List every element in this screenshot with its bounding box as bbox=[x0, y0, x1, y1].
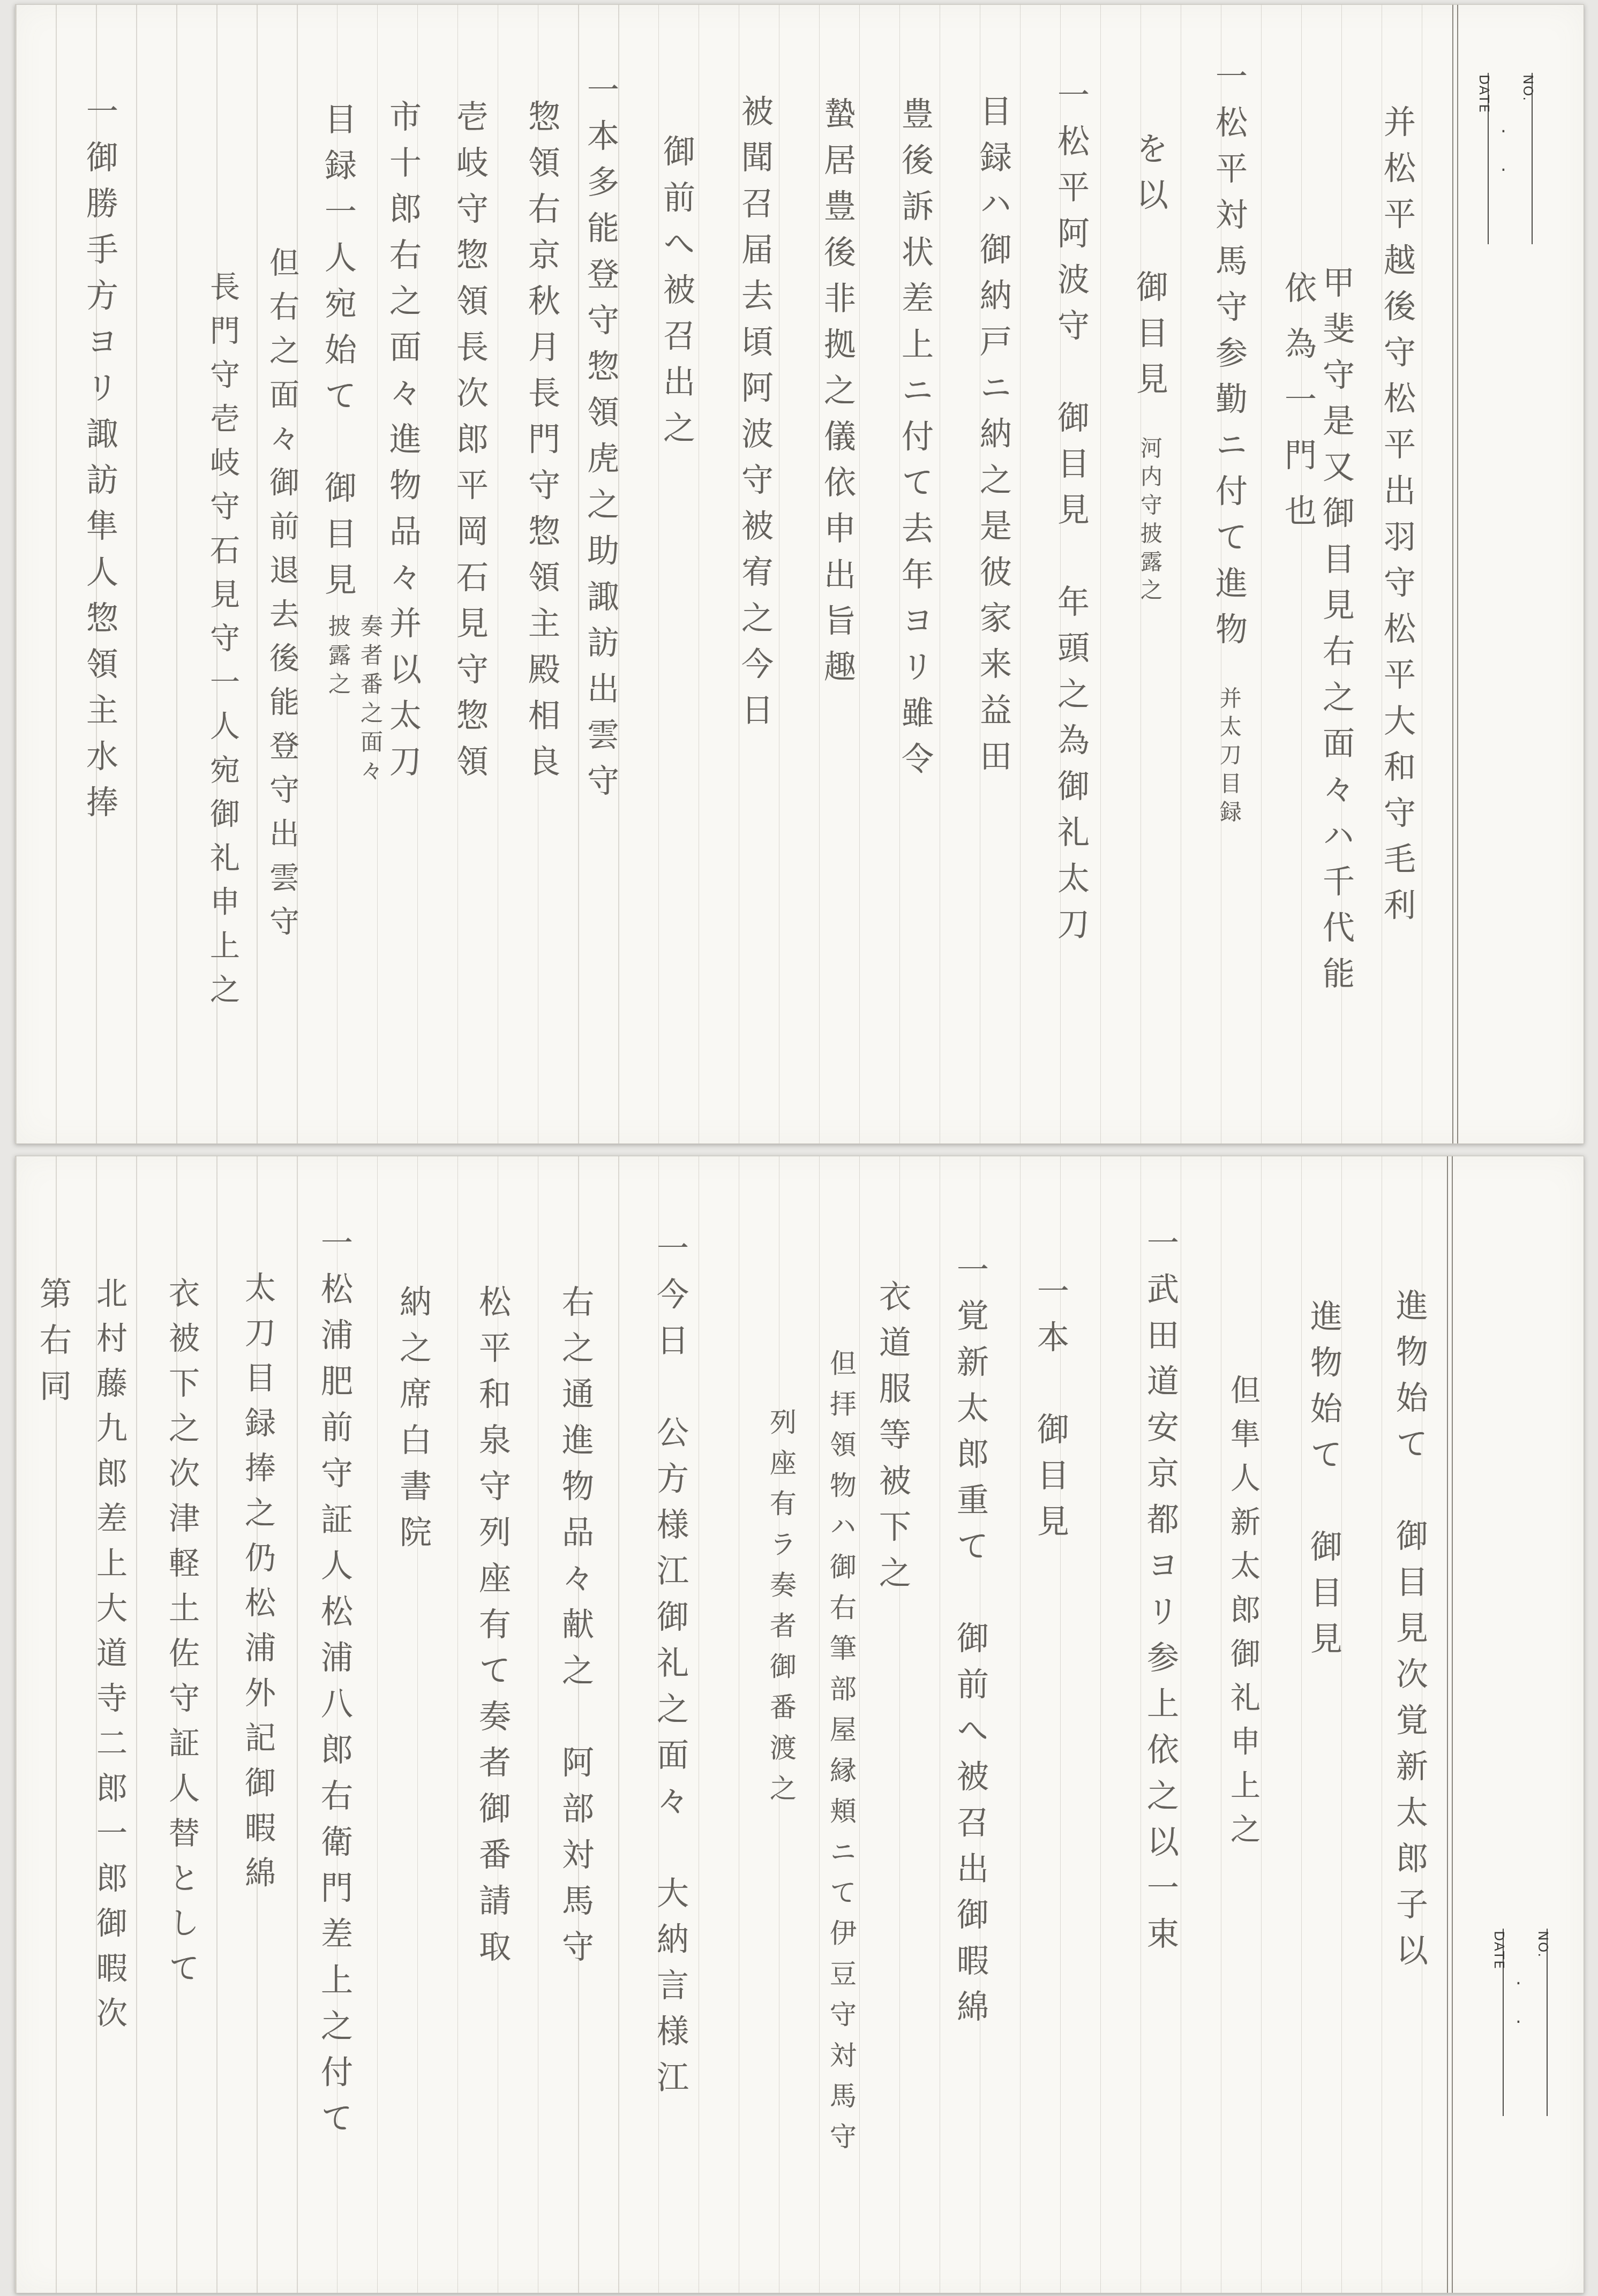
column-text: 御前へ被召出之 bbox=[658, 134, 695, 457]
column-text: 衣被下之次津軽土佐守証人替として bbox=[163, 1277, 200, 1997]
date-label: DATE bbox=[1476, 74, 1492, 114]
column-text: 太刀目録捧之仍松浦外記御暇綿 bbox=[239, 1271, 276, 1901]
date-label: DATE bbox=[1491, 1931, 1507, 1970]
handwritten-column: 豊後訴状差上ニ付て去年ヨリ雖令 bbox=[892, 97, 938, 788]
column-text: 長門守壱岐守石見守一人宛御礼申上之 bbox=[205, 271, 240, 1018]
column-text: 衣道服等被下之 bbox=[874, 1279, 911, 1602]
handwritten-column: 一覚新太郎重て 御前へ被召出御暇綿 bbox=[947, 1253, 993, 2036]
column-text: 依為一門也 bbox=[1279, 271, 1317, 549]
inline-note-column: 披露之 bbox=[322, 614, 354, 788]
handwritten-column: 一本 御目見 bbox=[1027, 1274, 1074, 1550]
handwritten-column: 第右同 bbox=[30, 1277, 76, 1415]
column-text: 豊後訴状差上ニ付て去年ヨリ雖令 bbox=[896, 97, 934, 788]
handwritten-column: 但拝領物ハ御右筆部屋縁頬ニて伊豆守対馬守 bbox=[822, 1349, 860, 2163]
handwritten-column: 納之席白書院 bbox=[390, 1285, 436, 1561]
column-text: 一松平阿波守 御目見 年頭之為御礼太刀 bbox=[1052, 78, 1090, 953]
handwritten-column: 一松浦肥前守証人松浦八郎右衛門差上之付て bbox=[311, 1226, 357, 2147]
column-text: 蟄居豊後非拠之儀依申出旨趣 bbox=[819, 97, 856, 696]
date-separator-dot: · bbox=[1516, 2020, 1521, 2025]
handwritten-column: 依為一門也 bbox=[1275, 271, 1321, 549]
column-text: 目録一人宛始て 御目見 bbox=[319, 102, 357, 609]
handwritten-column: 目録一人宛始て 御目見奏者番之面々披露之 bbox=[315, 102, 386, 788]
column-text: 列座有ラ奏者御番渡之 bbox=[766, 1408, 797, 1815]
handwritten-column: 北村藤九郎差上大道寺二郎一郎御暇次 bbox=[87, 1277, 132, 2042]
handwritten-column: 一松平対馬守参勤ニ付て進物 并太刀目録 bbox=[1206, 59, 1252, 829]
handwritten-column: 壱岐守惣領長次郎平岡石見守惣領 bbox=[447, 100, 493, 791]
handwritten-column: 右之通進物品々献之 阿部対馬守 bbox=[552, 1285, 598, 1976]
column-text: 進物始て 御目見次覚新太郎子以 bbox=[1391, 1289, 1428, 1979]
column-text: 松平和泉守列座有て奏者御番請取 bbox=[474, 1285, 511, 1976]
handwritten-column: 被聞召届去頃阿波守被宥之今日 bbox=[732, 94, 778, 739]
handwritten-column: を以 御目見 河内守披露之 bbox=[1127, 132, 1173, 607]
column-text: 甲斐守是又御目見右之面々ハ千代能 bbox=[1317, 266, 1355, 1003]
date-separator-dot: · bbox=[1501, 168, 1506, 173]
date-separator-dot: · bbox=[1501, 129, 1506, 134]
column-subtext: 并太刀目録 bbox=[1216, 658, 1242, 829]
handwritten-column: 一松平阿波守 御目見 年頭之為御礼太刀 bbox=[1048, 78, 1094, 953]
column-text: 進物始て 御目見 bbox=[1305, 1299, 1342, 1668]
handwritten-column: 太刀目録捧之仍松浦外記御暇綿 bbox=[235, 1271, 280, 1901]
handwritten-column: 蟄居豊後非拠之儀依申出旨趣 bbox=[814, 97, 860, 696]
handwritten-column: 進物始て 御目見 bbox=[1301, 1299, 1347, 1668]
column-text: 第右同 bbox=[34, 1277, 72, 1415]
column-text: 目録ハ御納戸ニ納之是彼家来益田 bbox=[974, 94, 1012, 785]
column-text: 惣領右京秋月長門守惣領主殿相良 bbox=[523, 100, 560, 791]
column-text: 被聞召届去頃阿波守被宥之今日 bbox=[736, 94, 774, 739]
column-text: 并松平越後守松平出羽守松平大和守毛利 bbox=[1378, 105, 1416, 934]
handwritten-column: 衣道服等被下之 bbox=[869, 1279, 916, 1602]
handwritten-column: 衣被下之次津軽土佐守証人替として bbox=[159, 1277, 204, 1997]
column-text: 一本 御目見 bbox=[1032, 1274, 1069, 1550]
handwritten-column: 但隼人新太郎御礼申上之 bbox=[1221, 1374, 1264, 1857]
handwritten-column: 進物始て 御目見次覚新太郎子以 bbox=[1386, 1289, 1432, 1979]
column-text: 一御勝手方ヨリ諏訪隼人惣領主水捧 bbox=[81, 94, 118, 831]
scanned-page-1: NO. DATE · · 并松平越後守松平出羽守松平大和守毛利甲斐守是又御目見右… bbox=[15, 4, 1584, 1144]
handwritten-column: 市十郎右之面々進物品々并以太刀 bbox=[380, 100, 426, 791]
column-subtext: 河内守披露之 bbox=[1137, 408, 1162, 607]
margin-rule bbox=[1447, 1156, 1453, 2293]
handwritten-column: 一武田道安京都ヨリ参上依之以一束 bbox=[1137, 1226, 1183, 1963]
handwritten-column: 目録ハ御納戸ニ納之是彼家来益田 bbox=[970, 94, 1016, 785]
column-text: を以 御目見 bbox=[1131, 132, 1168, 408]
column-text: 一本多能登守惣領虎之助諏訪出雲守 bbox=[582, 73, 619, 810]
handwritten-column: 一御勝手方ヨリ諏訪隼人惣領主水捧 bbox=[77, 94, 123, 831]
handwritten-column: 一今日 公方様江御礼之面々 大納言様江 bbox=[647, 1231, 693, 2106]
handwritten-column: 惣領右京秋月長門守惣領主殿相良 bbox=[519, 100, 565, 791]
handwritten-column: 長門守壱岐守石見守一人宛御礼申上之 bbox=[201, 271, 244, 1018]
column-text: 一松平対馬守参勤ニ付て進物 bbox=[1210, 59, 1248, 658]
handwritten-column: 一本多能登守惣領虎之助諏訪出雲守 bbox=[577, 73, 624, 810]
column-text: 壱岐守惣領長次郎平岡石見守惣領 bbox=[451, 100, 489, 791]
column-text: 但隼人新太郎御礼申上之 bbox=[1226, 1374, 1261, 1857]
column-text: 一松浦肥前守証人松浦八郎右衛門差上之付て bbox=[316, 1226, 353, 2147]
column-text: 納之席白書院 bbox=[394, 1285, 432, 1561]
inline-double-note: 奏者番之面々披露之 bbox=[322, 614, 386, 788]
no-label: NO. bbox=[1535, 1931, 1551, 1958]
handwritten-column: 松平和泉守列座有て奏者御番請取 bbox=[469, 1285, 515, 1976]
column-text: 一今日 公方様江御礼之面々 大納言様江 bbox=[651, 1231, 689, 2106]
date-separator-dot: · bbox=[1516, 1981, 1521, 1986]
handwritten-column: 并松平越後守松平出羽守松平大和守毛利 bbox=[1374, 105, 1420, 934]
column-text: 但右之面々御前退去後能登守出雲守 bbox=[265, 247, 299, 950]
column-text: 右之通進物品々献之 阿部対馬守 bbox=[557, 1285, 594, 1976]
no-label: NO. bbox=[1520, 74, 1536, 102]
handwritten-column: 列座有ラ奏者御番渡之 bbox=[762, 1408, 800, 1815]
inline-note-column: 奏者番之面々 bbox=[354, 614, 386, 788]
handwritten-column: 但右之面々御前退去後能登守出雲守 bbox=[260, 247, 303, 950]
scanned-notebook-spread: { "paper": { "background": "#f9f8f4", "r… bbox=[0, 0, 1598, 2296]
column-text: 一覚新太郎重て 御前へ被召出御暇綿 bbox=[951, 1253, 989, 2036]
column-text: 一武田道安京都ヨリ参上依之以一束 bbox=[1142, 1226, 1179, 1963]
margin-rule bbox=[1452, 5, 1458, 1143]
handwritten-column: 御前へ被召出之 bbox=[654, 134, 700, 457]
column-text: 市十郎右之面々進物品々并以太刀 bbox=[384, 100, 422, 791]
column-text: 北村藤九郎差上大道寺二郎一郎御暇次 bbox=[91, 1277, 127, 2042]
scanned-page-2: NO. DATE · · 進物始て 御目見次覚新太郎子以進物始て 御目見但隼人新… bbox=[15, 1156, 1584, 2293]
column-text: 但拝領物ハ御右筆部屋縁頬ニて伊豆守対馬守 bbox=[826, 1349, 857, 2163]
